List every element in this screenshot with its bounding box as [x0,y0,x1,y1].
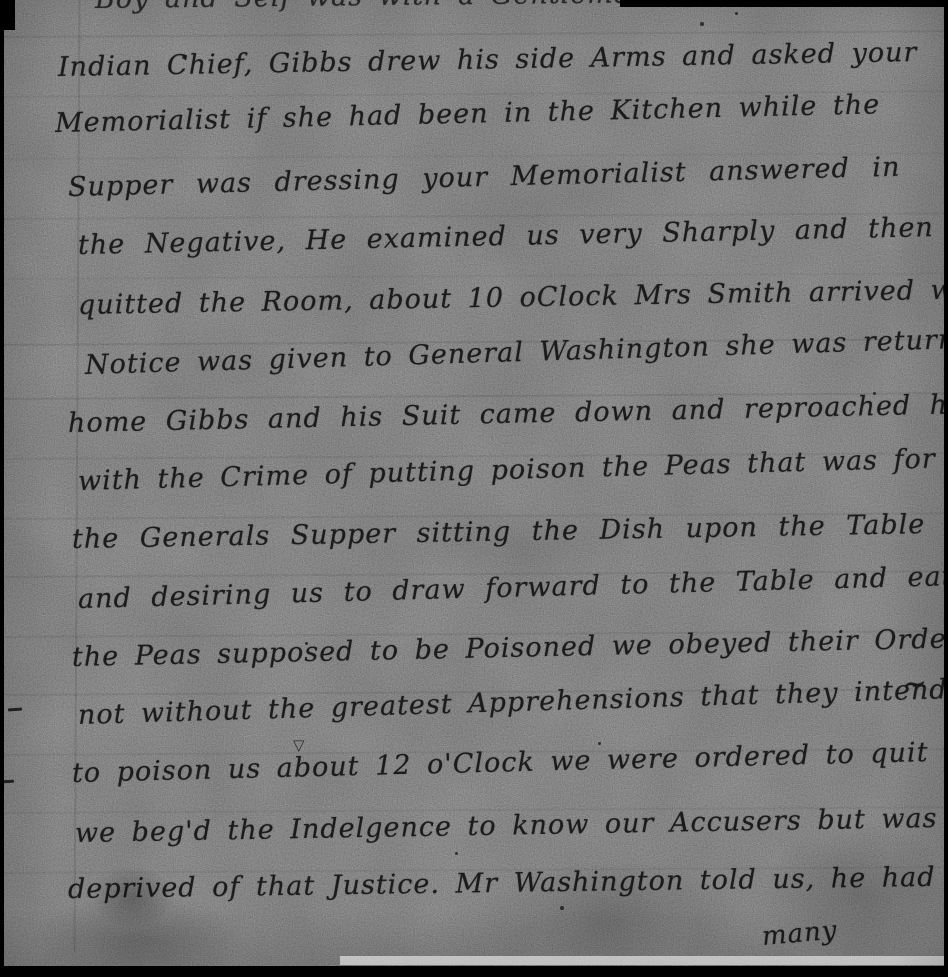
ink-speck [735,12,738,15]
film-border-bottom [0,966,948,977]
ink-speck [305,642,308,645]
film-border-right [944,0,948,977]
film-border-top [620,0,948,7]
film-border-corner [0,0,15,30]
manuscript-page: Boy and Self was with a Gentleman Indian… [0,0,948,977]
caret-ink-mark: ▽ [293,736,305,754]
flourish-mark: ~ [900,665,930,703]
light-strip [340,956,948,965]
ink-speck [598,742,601,745]
film-border-left [0,0,4,977]
ink-speck [182,56,185,59]
ink-speck [873,392,876,395]
ink-speck [700,22,704,26]
ink-speck [560,906,564,910]
ink-speck [455,852,458,855]
